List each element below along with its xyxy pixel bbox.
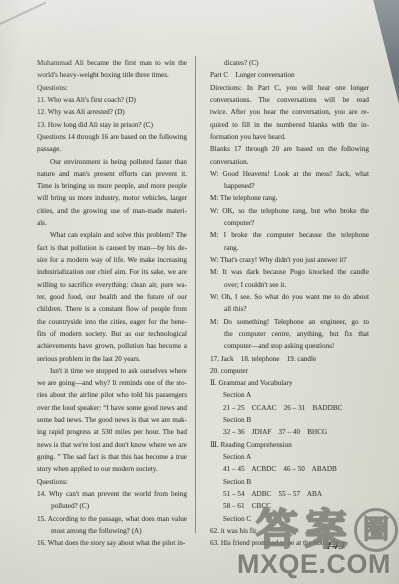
text-line: conversation. [210, 156, 369, 168]
text-line: the computer centre, anything, but fix t… [210, 328, 369, 340]
text-line: Time is bringing us more people, and mor… [37, 180, 187, 192]
text-line: M: Do something! Telephone an engineer, … [210, 316, 369, 328]
text-line: Questions: [37, 82, 187, 94]
text-line: What can explain and solve this problem?… [37, 229, 187, 241]
page-number: 143 [325, 540, 346, 552]
text-line: W: OK, so the telephone rang, but who br… [210, 205, 369, 217]
text-line: 32 – 36 JDIAF 37 – 40 BHCG [210, 426, 369, 438]
text-line: nature and man's present efforts can pre… [37, 168, 187, 180]
text-line: we are going—and why? It reminds one of … [37, 377, 187, 389]
text-line: over the loud speaker: “I have some good… [37, 402, 187, 414]
text-line: W: That's crazy! Why didn't you just ans… [210, 254, 369, 266]
text-line: sire for a modern way of life. We make i… [37, 254, 187, 266]
text-line: ries about the airline pilot who told hi… [37, 389, 187, 401]
text-line: W: Oh, I see. So what do you want me to … [210, 291, 369, 303]
text-line: dicates? (C) [210, 57, 369, 69]
text-line: W: Good Heavens! Look at the mess! Jack,… [210, 168, 369, 180]
left-column: Muhammad Ali became the first man to win… [37, 57, 187, 550]
text-line: Isn't it time we stopped to ask ourselve… [37, 365, 187, 377]
text-line: Our environment is being polluted faster… [37, 156, 187, 168]
text-line: 16. What does the story say about what t… [37, 537, 187, 549]
text-line: fact is that pollution is caused by man—… [37, 242, 187, 254]
text-line: 58 – 61 CBCC [210, 500, 369, 512]
text-line: 15. According to the passage, what does … [37, 513, 187, 525]
text-line: Ⅱ. Grammar and Vocabulary [210, 377, 369, 389]
column-divider [195, 56, 196, 533]
text-line: Directions: In Part C, you will hear one… [210, 82, 369, 94]
text-line: 21 – 25 CCAAC 26 – 31 BADDBC [210, 402, 369, 414]
text-line: all this? [210, 303, 369, 315]
right-column: dicates? (C)Part C Longer conversationDi… [210, 57, 369, 550]
text-line: twice. After you hear the conversation, … [210, 106, 369, 118]
text-line: Questions: [37, 476, 187, 488]
page-corner-shadow [371, 0, 399, 104]
text-line: M: The telephone rang. [210, 192, 369, 204]
text-line: over; I couldn't see it. [210, 279, 369, 291]
text-line: Section A [210, 389, 369, 401]
text-line: polluted? (C) [37, 500, 187, 512]
scanned-page: Muhammad Ali became the first man to win… [0, 0, 399, 584]
text-line: ter, good food, our health and the futur… [37, 291, 187, 303]
text-line: 13. How long did Ali stay in prison? (C) [37, 119, 187, 131]
text-line: 11. Who was Ali's first coach? (D) [37, 94, 187, 106]
text-line: computer? [210, 217, 369, 229]
text-line: passage. [37, 143, 187, 155]
text-line: M: It was dark because Pogo knocked the … [210, 266, 369, 278]
text-line: industrialization our chief aim. For its… [37, 266, 187, 278]
text-line: als. [37, 217, 187, 229]
text-line: will bring us more industry, motor vehic… [37, 192, 187, 204]
text-line: Questions 14 through 16 are based on the… [37, 131, 187, 143]
text-line: rang. [210, 242, 369, 254]
text-line: story when applied to our modern society… [37, 463, 187, 475]
text-line: Section B [210, 476, 369, 488]
text-line: M: I broke the computer because the tele… [210, 229, 369, 241]
paper-crease [0, 2, 46, 28]
text-line: cities, and the growing use of man-made … [37, 205, 187, 217]
text-line: 62. it was his fir [210, 525, 369, 537]
text-line: 20. computer [210, 365, 369, 377]
text-line: children. There is a constant flow of pe… [37, 303, 187, 315]
text-line: 51 – 54 ADBC 55 – 57 ABA [210, 488, 369, 500]
text-line: Section A [210, 451, 369, 463]
text-line: 41 – 45 ACBDC 46 – 50 ABADB [210, 463, 369, 475]
text-line: world's heavy-weight boxing title three … [37, 69, 187, 81]
text-line: Muhammad Ali became the first man to win… [37, 57, 187, 69]
text-line: computer—and stop asking questions! [210, 340, 369, 352]
text-line: 14. Why can't man prevent the world from… [37, 488, 187, 500]
text-line: achievements have grown, pollution has b… [37, 340, 187, 352]
text-line: conversations. The conversations will be… [210, 94, 369, 106]
text-line: happened? [210, 180, 369, 192]
watermark-site-url: MXQE.COM [237, 551, 391, 578]
text-line: going. ” The sad fact is that this has b… [37, 451, 187, 463]
text-line: serious problem in the last 20 years. [37, 353, 187, 365]
text-line: ing rapid progress at 530 miles per hour… [37, 426, 187, 438]
text-line: Section C [210, 513, 369, 525]
text-line: Ⅲ. Reading Comprehension [210, 439, 369, 451]
text-line: Section B [210, 414, 369, 426]
text-line: news is that we're lost and don't know w… [37, 439, 187, 451]
text-line: some bad news. The good news is that we … [37, 414, 187, 426]
text-line: the countryside into the cities, eager f… [37, 316, 187, 328]
text-line: 12. Why was Ali arrested? (D) [37, 106, 187, 118]
text-line: willing to sacrifice everything: clean a… [37, 279, 187, 291]
text-line: Blanks 17 through 20 are based on the fo… [210, 143, 369, 155]
text-line: Part C Longer conversation [210, 69, 369, 81]
text-line: quired to fill in the numbered blanks wi… [210, 119, 369, 131]
text-line: fits of modern society. But as our techn… [37, 328, 187, 340]
text-line: most among the following? (A) [37, 525, 187, 537]
text-line: 17. Jack 18. telephone 19. candle [210, 353, 369, 365]
text-line: formation you have heard. [210, 131, 369, 143]
